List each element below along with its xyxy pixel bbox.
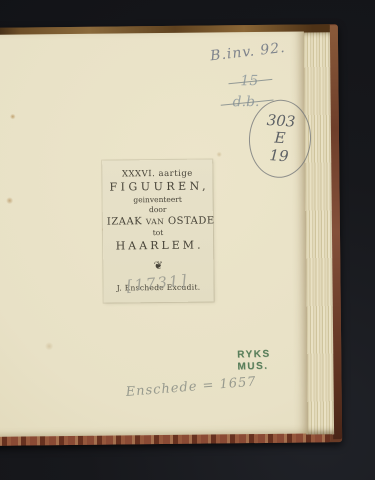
title-line-3: geinventeert bbox=[107, 195, 209, 205]
title-line-7: HAARLEM. bbox=[110, 239, 209, 253]
title-line-1: XXXVI. aartige bbox=[106, 169, 208, 180]
shelfmark-line-3: 19 bbox=[269, 147, 289, 165]
shelfmark-line-2: E bbox=[274, 130, 286, 148]
stamp-line-2: MUS. bbox=[237, 361, 271, 374]
crossed-out-code: d.b. bbox=[233, 94, 260, 110]
inscription-top-right: B.inv. 92. bbox=[209, 40, 286, 65]
title-line-4: door bbox=[107, 205, 209, 215]
fleuron-ornament-icon: ❦ bbox=[107, 259, 209, 273]
shelfmark-oval: 303 E 19 bbox=[247, 98, 314, 180]
book: B.inv. 92. 15 d.b. 303 E 19 XXXVI. aarti… bbox=[0, 24, 342, 446]
author-last-name: OSTADE bbox=[168, 215, 215, 226]
stamp-line-1: RYKS bbox=[237, 349, 271, 362]
shelfmark-line-1: 303 bbox=[266, 112, 296, 131]
rijksmuseum-stamp: RYKS MUS. bbox=[237, 349, 271, 374]
title-line-5: IZAAK VAN OSTADE bbox=[107, 216, 209, 228]
title-line-6: tot bbox=[107, 228, 209, 238]
inscription-bottom: Enschede = 1657 bbox=[125, 374, 257, 399]
author-particle: VAN bbox=[146, 217, 164, 226]
book-page: B.inv. 92. 15 d.b. 303 E 19 XXXVI. aarti… bbox=[0, 32, 308, 437]
crossed-out-number: 15 bbox=[240, 73, 258, 89]
photo-background: B.inv. 92. 15 d.b. 303 E 19 XXXVI. aarti… bbox=[0, 0, 375, 480]
title-line-2: FIGUUREN, bbox=[109, 180, 208, 194]
author-first-name: IZAAK bbox=[107, 216, 142, 227]
